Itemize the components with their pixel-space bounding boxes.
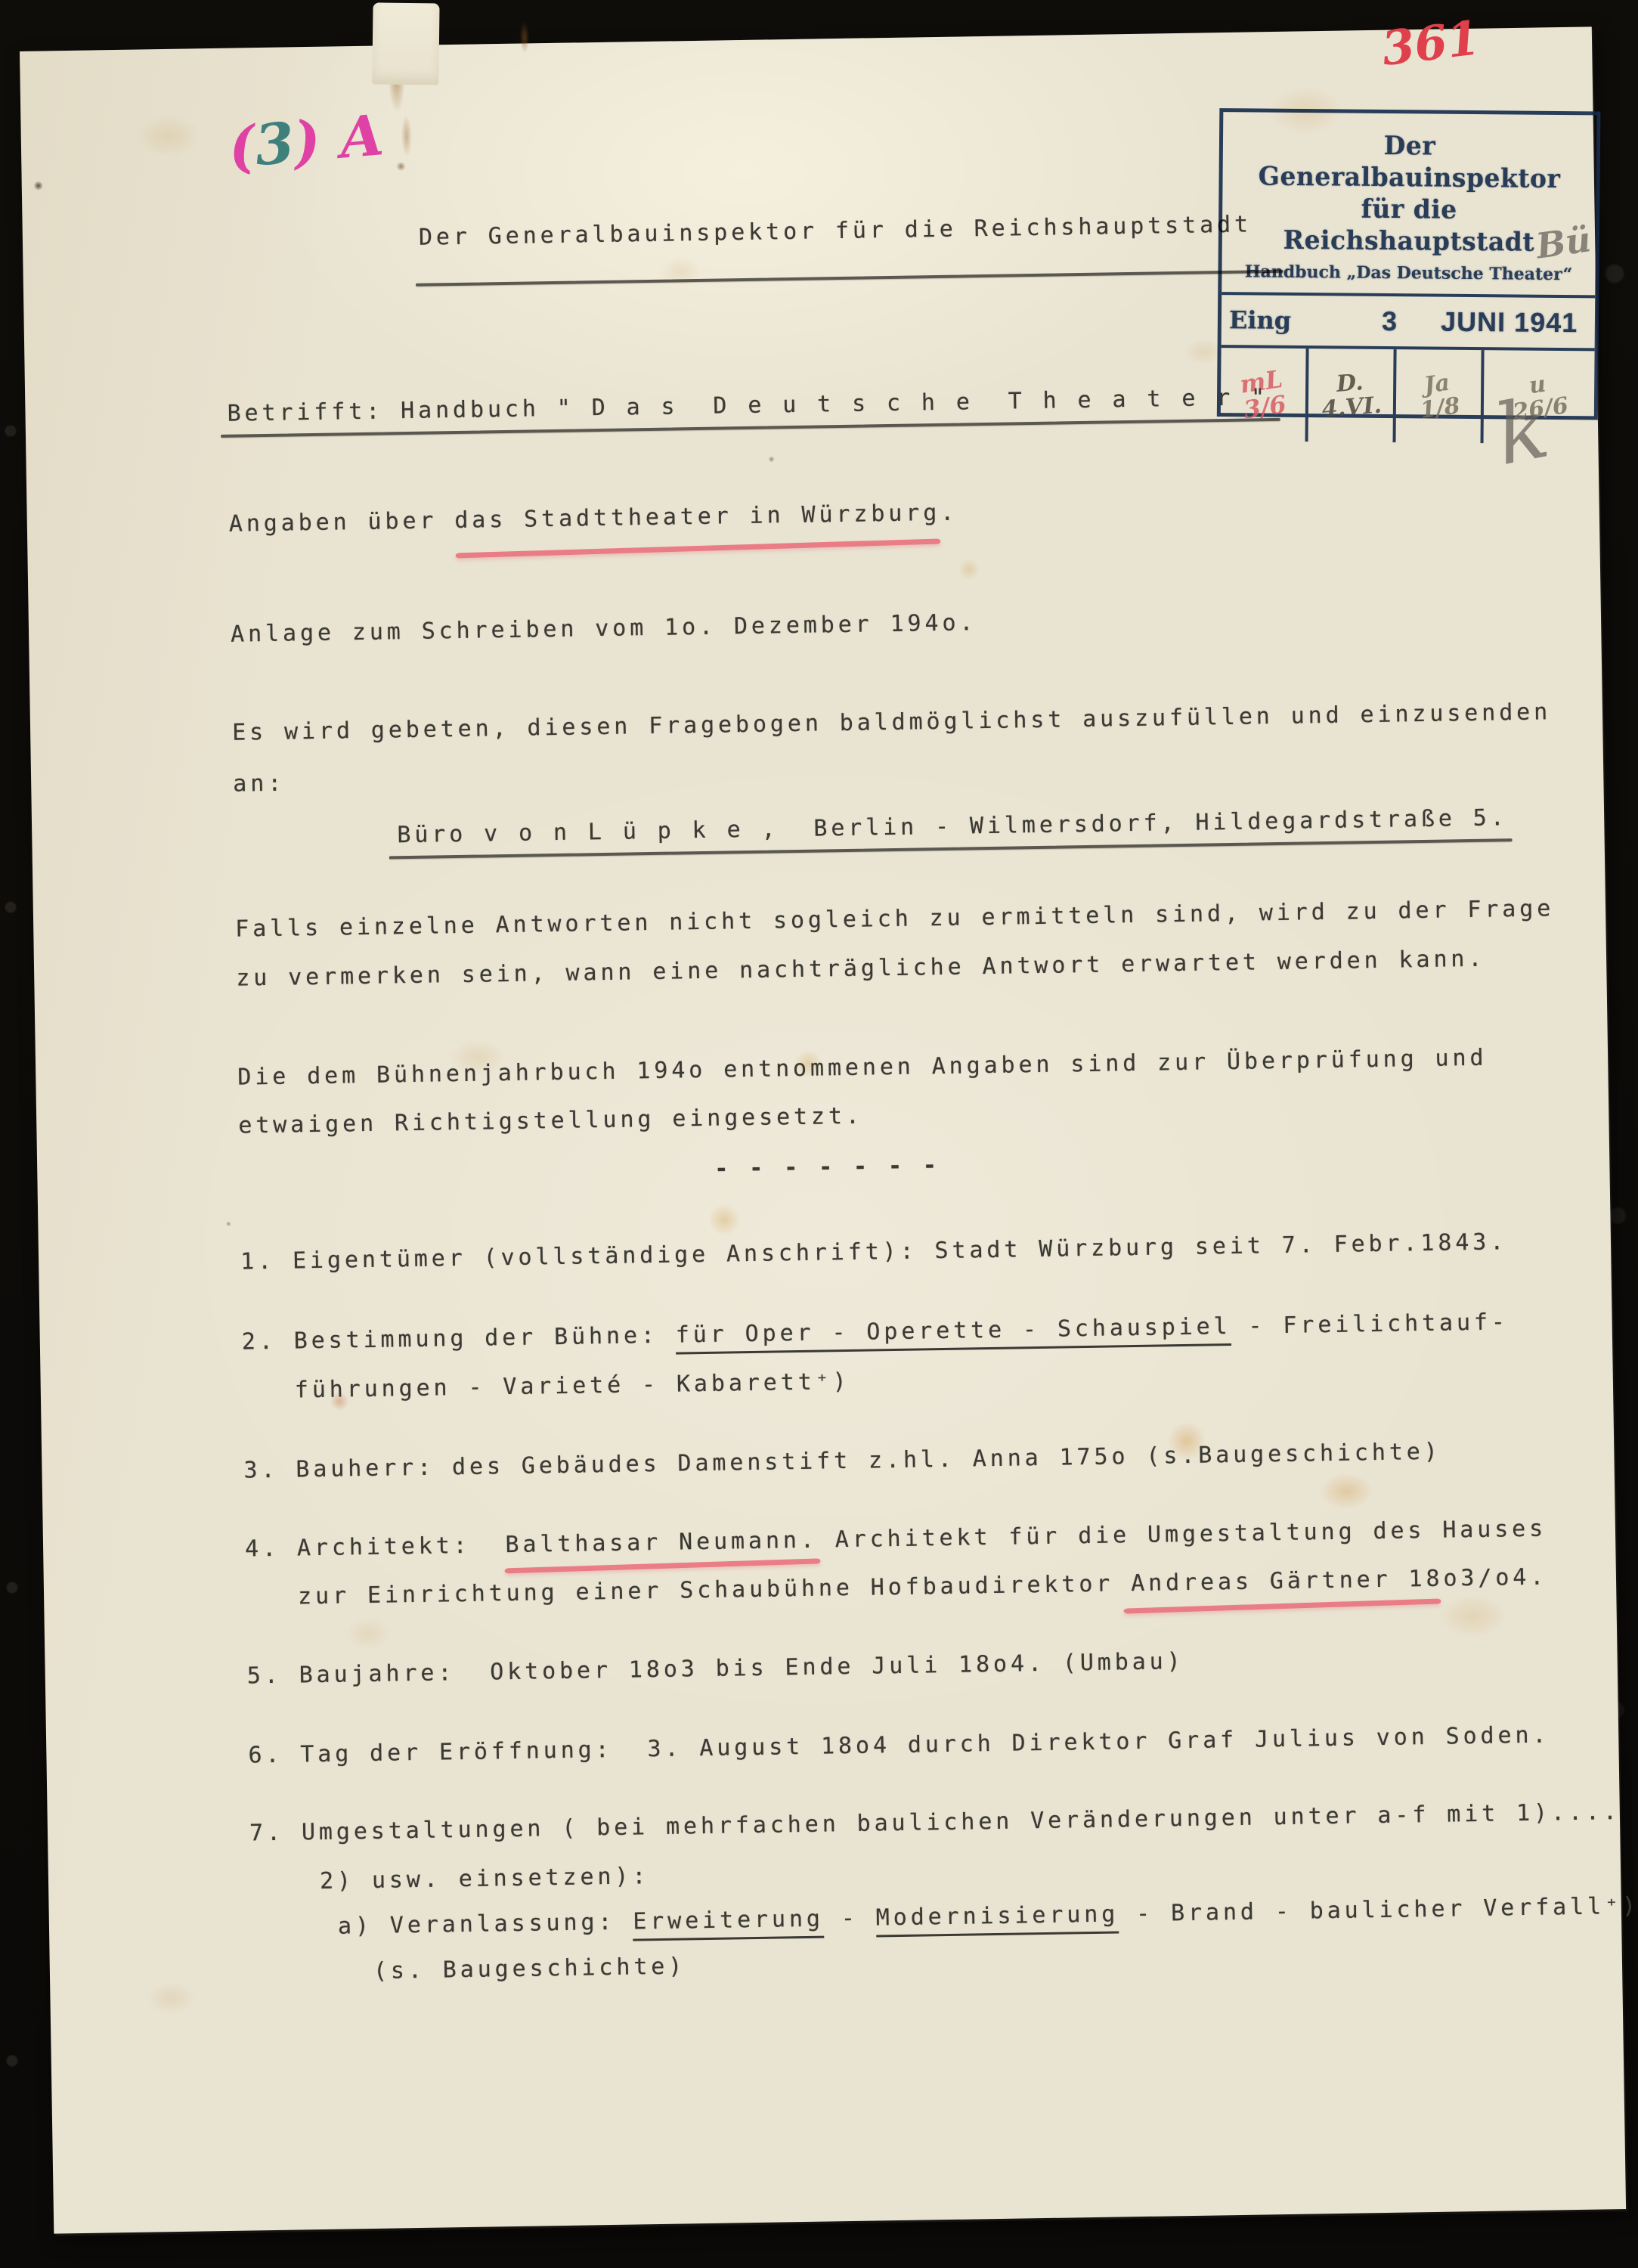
stamp-org-line1: Der Generalbauinspektor <box>1234 129 1585 195</box>
stamp-received-day: 3 <box>1382 305 1397 337</box>
item-2-line1: 2. Bestimmung der Bühne: für Oper - Oper… <box>242 1309 1509 1355</box>
stamp-clerk-initials: Bü <box>1534 218 1593 266</box>
item-7a-cont: (s. Baugeschichte) <box>373 1954 686 1984</box>
item-2-post: - Freilichtauf- <box>1231 1309 1509 1340</box>
stamp-date-row: Eing 3 JUNI 1941 <box>1222 295 1596 351</box>
item-7a-underlined-1: Erweiterung <box>633 1906 824 1941</box>
item-3: 3. Bauherr: des Gebäudes Damenstift z.hl… <box>243 1439 1441 1484</box>
stamp-cell-3: Ja 1/8 <box>1396 349 1485 443</box>
request-line-1: Es wird gebeten, diesen Fragebogen baldm… <box>232 699 1551 745</box>
note2-line1: Die dem Bühnenjahrbuch 194o entnommenen … <box>237 1046 1488 1091</box>
regarding-line: Angaben über das Stadttheater in Würzbur… <box>229 500 958 538</box>
item-2-underlined: für Oper - Operette - Schauspiel <box>676 1313 1231 1355</box>
red-pencil-underline-regarding <box>455 538 940 558</box>
document-page: (3)A 361 Der Generalbauinspektor für die… <box>20 26 1626 2233</box>
item-7-line1: 7. Umgestaltungen ( bei mehrfachen bauli… <box>249 1799 1621 1846</box>
request-line-2: an: <box>233 771 285 798</box>
corner-paren-close: ) <box>291 108 323 175</box>
stamp-cell-2: D. 4.VI. <box>1308 349 1397 442</box>
red-pencil-underline-neumann <box>505 1558 821 1573</box>
stamp-cell2-line2: 4.VI. <box>1321 393 1383 422</box>
stamp-org-line3: Handbuch „Das Deutsche Theater“ <box>1228 260 1589 286</box>
item-7a-line: a) Veranlassung: Erweiterung - Modernisi… <box>338 1894 1638 1940</box>
stamp-cell3-line2: 1/8 <box>1419 394 1461 423</box>
item-7a-post: - Brand - baulicher Verfall⁺) <box>1119 1893 1638 1928</box>
paper-tab <box>372 2 439 85</box>
folio-number: 361 <box>1379 10 1482 76</box>
item-7-line2: 2) usw. einsetzen): <box>320 1864 650 1895</box>
corner-annotation: (3)A <box>104 38 392 256</box>
item-1: 1. Eigentümer (vollständige Anschrift): … <box>240 1229 1508 1275</box>
stamp-received-label: Eing <box>1229 305 1292 335</box>
item-2-pre: 2. Bestimmung der Bühne: <box>242 1322 677 1356</box>
letterhead-underline <box>416 270 1283 287</box>
red-pencil-underline-gaertner <box>1124 1598 1441 1613</box>
item-7a-mid: - <box>824 1905 876 1932</box>
note2-line2: etwaigen Richtigstellung eingesetzt. <box>238 1104 863 1139</box>
stamp-org-line2: für die Reichshauptstadt <box>1234 192 1584 259</box>
stamp-header: Der Generalbauinspektor für die Reichsha… <box>1222 112 1596 298</box>
section-divider: - - - - - - - <box>714 1153 940 1182</box>
item-7a-underlined-2: Modernisierung <box>875 1901 1119 1937</box>
corner-digit: 3 <box>252 110 297 178</box>
item-4-line1: 4. Architekt: Balthasar Neumann. Archite… <box>245 1517 1547 1563</box>
stamp-received-date: JUNI 1941 <box>1441 306 1578 339</box>
stamp-cell2-line1: D. <box>1336 370 1364 396</box>
corner-letter: A <box>337 103 386 172</box>
scanner-background: (3)A 361 Der Generalbauinspektor für die… <box>0 0 1638 2268</box>
item-5: 5. Baujahre: Oktober 18o3 bis Ende Juli … <box>247 1649 1184 1689</box>
item-7a-pre: a) Veranlassung: <box>338 1909 633 1940</box>
note1-line1: Falls einzelne Antworten nicht sogleich … <box>235 896 1554 942</box>
item-2-line2: führungen - Varieté - Kabarett⁺) <box>295 1369 850 1404</box>
note1-line2: zu vermerken sein, wann eine nachträglic… <box>236 947 1486 992</box>
enclosure-line: Anlage zum Schreiben vom 1o. Dezember 19… <box>231 610 977 648</box>
letterhead-title: Der Generalbauinspektor für die Reichsha… <box>419 212 1252 250</box>
item-6: 6. Tag der Eröffnung: 3. August 18o4 dur… <box>248 1722 1550 1768</box>
